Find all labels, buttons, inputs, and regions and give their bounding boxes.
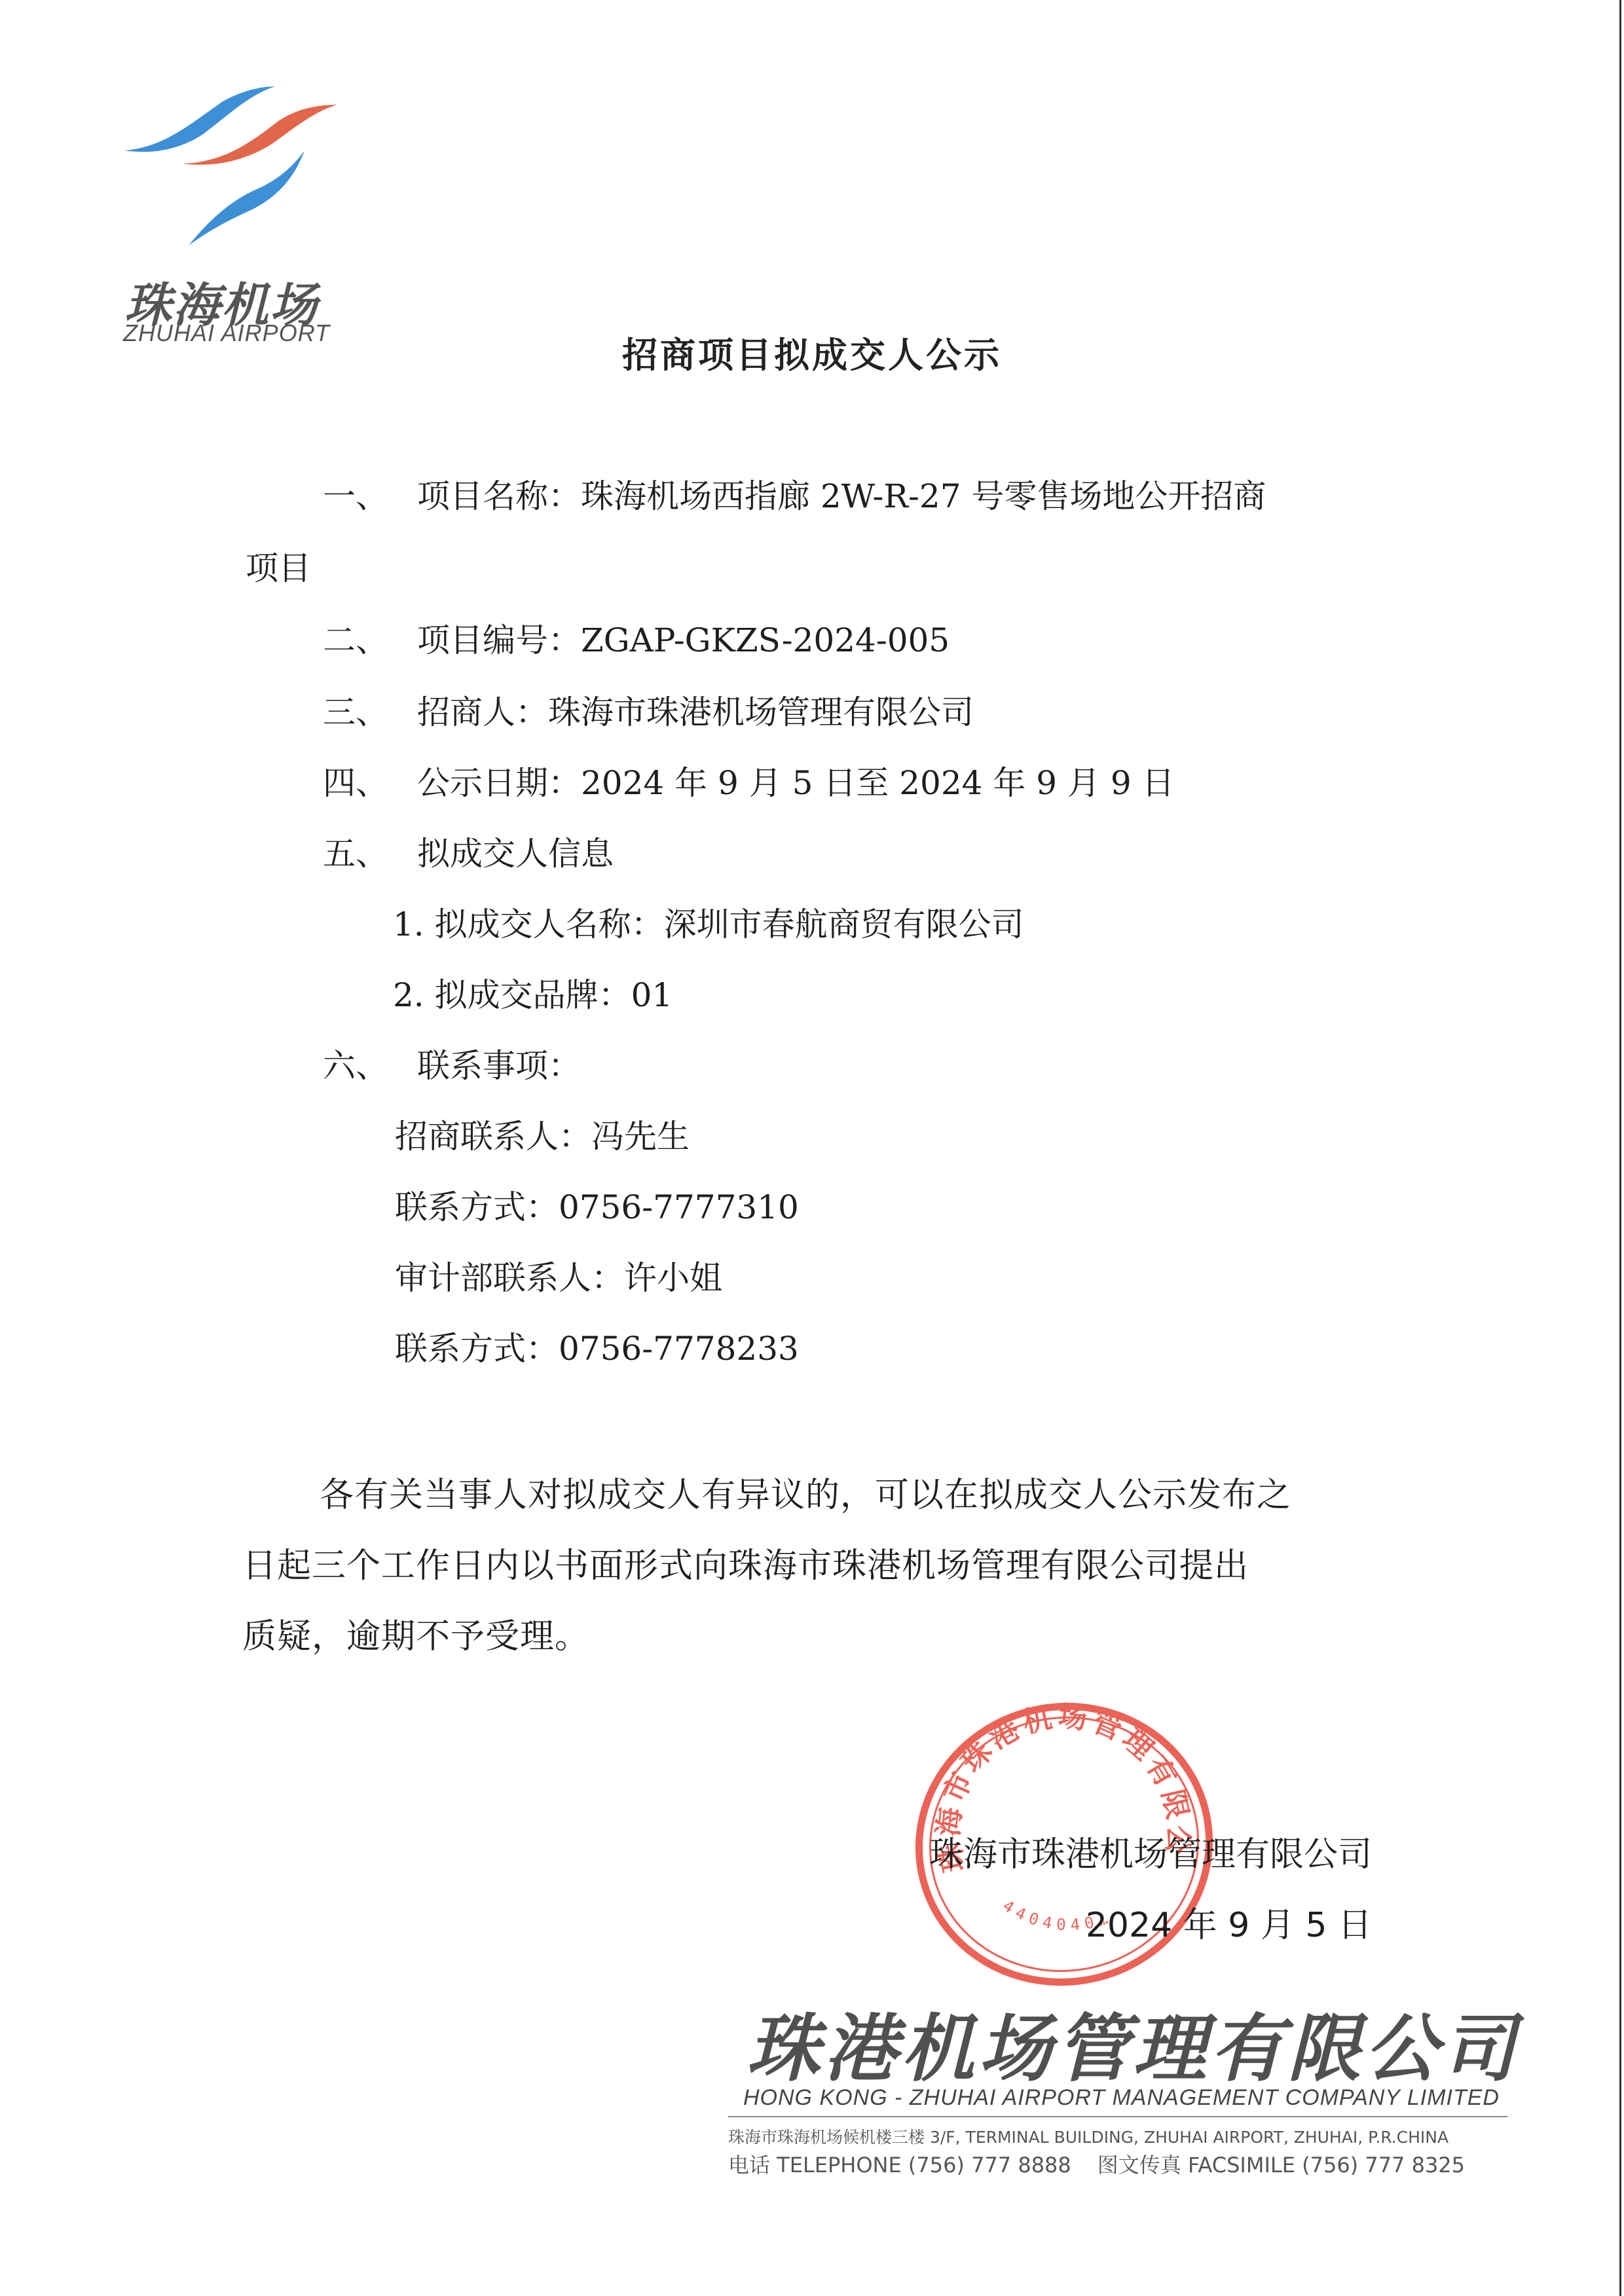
contact-phone: 0756-7777310 bbox=[559, 1188, 799, 1226]
section-project-number: 二、项目编号：ZGAP-GKZS-2024-005 bbox=[323, 621, 950, 660]
letterhead-company-cn: 珠港机场管理有限公司 bbox=[747, 1990, 1519, 2096]
section-label: 公示日期： bbox=[417, 764, 581, 802]
logo-wing-icon bbox=[118, 85, 354, 268]
section-tenderer: 三、招商人：珠海市珠港机场管理有限公司 bbox=[323, 693, 974, 732]
contact-row: 联系方式：0756-7777310 bbox=[395, 1188, 799, 1227]
contact-label: 联系方式： bbox=[395, 1188, 559, 1226]
section-winner-info: 五、拟成交人信息 bbox=[323, 834, 614, 873]
winner-name-value: 深圳市春航商贸有限公司 bbox=[664, 905, 1024, 943]
contact-label: 联系方式： bbox=[395, 1330, 559, 1368]
contact-row: 审计部联系人：许小姐 bbox=[395, 1258, 722, 1298]
section-label: 联系事项： bbox=[417, 1047, 581, 1085]
section-label: 招商人： bbox=[417, 693, 548, 731]
letterhead-contact: 电话 TELEPHONE (756) 777 8888图文传真 FACSIMIL… bbox=[728, 2149, 1465, 2179]
contact-label: 招商联系人： bbox=[395, 1118, 591, 1156]
section-label: 项目名称： bbox=[417, 477, 581, 515]
section-value: 珠海市珠港机场管理有限公司 bbox=[548, 693, 974, 731]
zhuhai-airport-logo: 珠海机场 ZHUHAI AIRPORT bbox=[118, 85, 354, 347]
objection-notice: 各有关当事人对拟成交人有异议的，可以在拟成交人公示发布之 日起三个工作日内以书面… bbox=[242, 1460, 1375, 1672]
document-title: 招商项目拟成交人公示 bbox=[0, 327, 1624, 378]
contact-row: 招商联系人：冯先生 bbox=[395, 1117, 690, 1156]
notice-line: 各有关当事人对拟成交人有异议的，可以在拟成交人公示发布之 bbox=[242, 1460, 1375, 1531]
section-value: 珠海机场西指廊 2W-R-27 号零售场地公开招商 bbox=[581, 477, 1266, 515]
contact-label: 审计部联系人： bbox=[395, 1259, 624, 1297]
section-publicity-period: 四、公示日期：2024 年 9 月 5 日至 2024 年 9 月 9 日 bbox=[323, 763, 1175, 803]
section-marker: 二、 bbox=[323, 621, 417, 660]
section-project-name-continuation: 项目 bbox=[246, 549, 311, 588]
winner-name-row: 1. 拟成交人名称：深圳市春航商贸有限公司 bbox=[393, 905, 1024, 944]
letterhead-fax: 图文传真 FACSIMILE (756) 777 8325 bbox=[1098, 2153, 1465, 2178]
notice-line: 质疑，逾期不予受理。 bbox=[242, 1601, 1375, 1672]
section-marker: 六、 bbox=[323, 1046, 417, 1085]
contact-phone: 0756-7778233 bbox=[559, 1330, 799, 1368]
section-contacts: 六、联系事项： bbox=[323, 1046, 581, 1085]
section-marker: 三、 bbox=[323, 693, 417, 732]
section-marker: 四、 bbox=[323, 763, 417, 803]
section-value: ZGAP-GKZS-2024-005 bbox=[581, 621, 950, 659]
section-marker: 五、 bbox=[323, 834, 417, 873]
signature-date: 2024 年 9 月 5 日 bbox=[1086, 1897, 1372, 1946]
section-label: 拟成交人信息 bbox=[417, 835, 614, 873]
contact-value: 冯先生 bbox=[591, 1118, 690, 1156]
contact-value: 许小姐 bbox=[624, 1259, 722, 1297]
section-label: 项目编号： bbox=[417, 621, 581, 659]
letterhead-company-en: HONG KONG - ZHUHAI AIRPORT MANAGEMENT CO… bbox=[743, 2085, 1500, 2111]
notice-line: 日起三个工作日内以书面形式向珠海市珠港机场管理有限公司提出 bbox=[242, 1531, 1375, 1601]
section-marker: 一、 bbox=[323, 477, 417, 516]
section-value: 2024 年 9 月 5 日至 2024 年 9 月 9 日 bbox=[581, 764, 1175, 802]
winner-name-label: 1. 拟成交人名称： bbox=[393, 905, 664, 943]
contact-row: 联系方式：0756-7778233 bbox=[395, 1329, 799, 1368]
winner-brand-label: 2. 拟成交品牌： bbox=[393, 976, 631, 1014]
letterhead-address: 珠海市珠海机场候机楼三楼 3/F, TERMINAL BUILDING, ZHU… bbox=[728, 2124, 1449, 2148]
winner-brand-row: 2. 拟成交品牌：01 bbox=[393, 975, 673, 1015]
letterhead-divider bbox=[728, 2116, 1507, 2117]
section-project-name: 一、项目名称：珠海机场西指廊 2W-R-27 号零售场地公开招商 bbox=[323, 477, 1266, 516]
signature-company: 珠海市珠港机场管理有限公司 bbox=[929, 1827, 1372, 1876]
letterhead-telephone: 电话 TELEPHONE (756) 777 8888 bbox=[728, 2153, 1071, 2178]
winner-brand-value: 01 bbox=[631, 976, 673, 1014]
